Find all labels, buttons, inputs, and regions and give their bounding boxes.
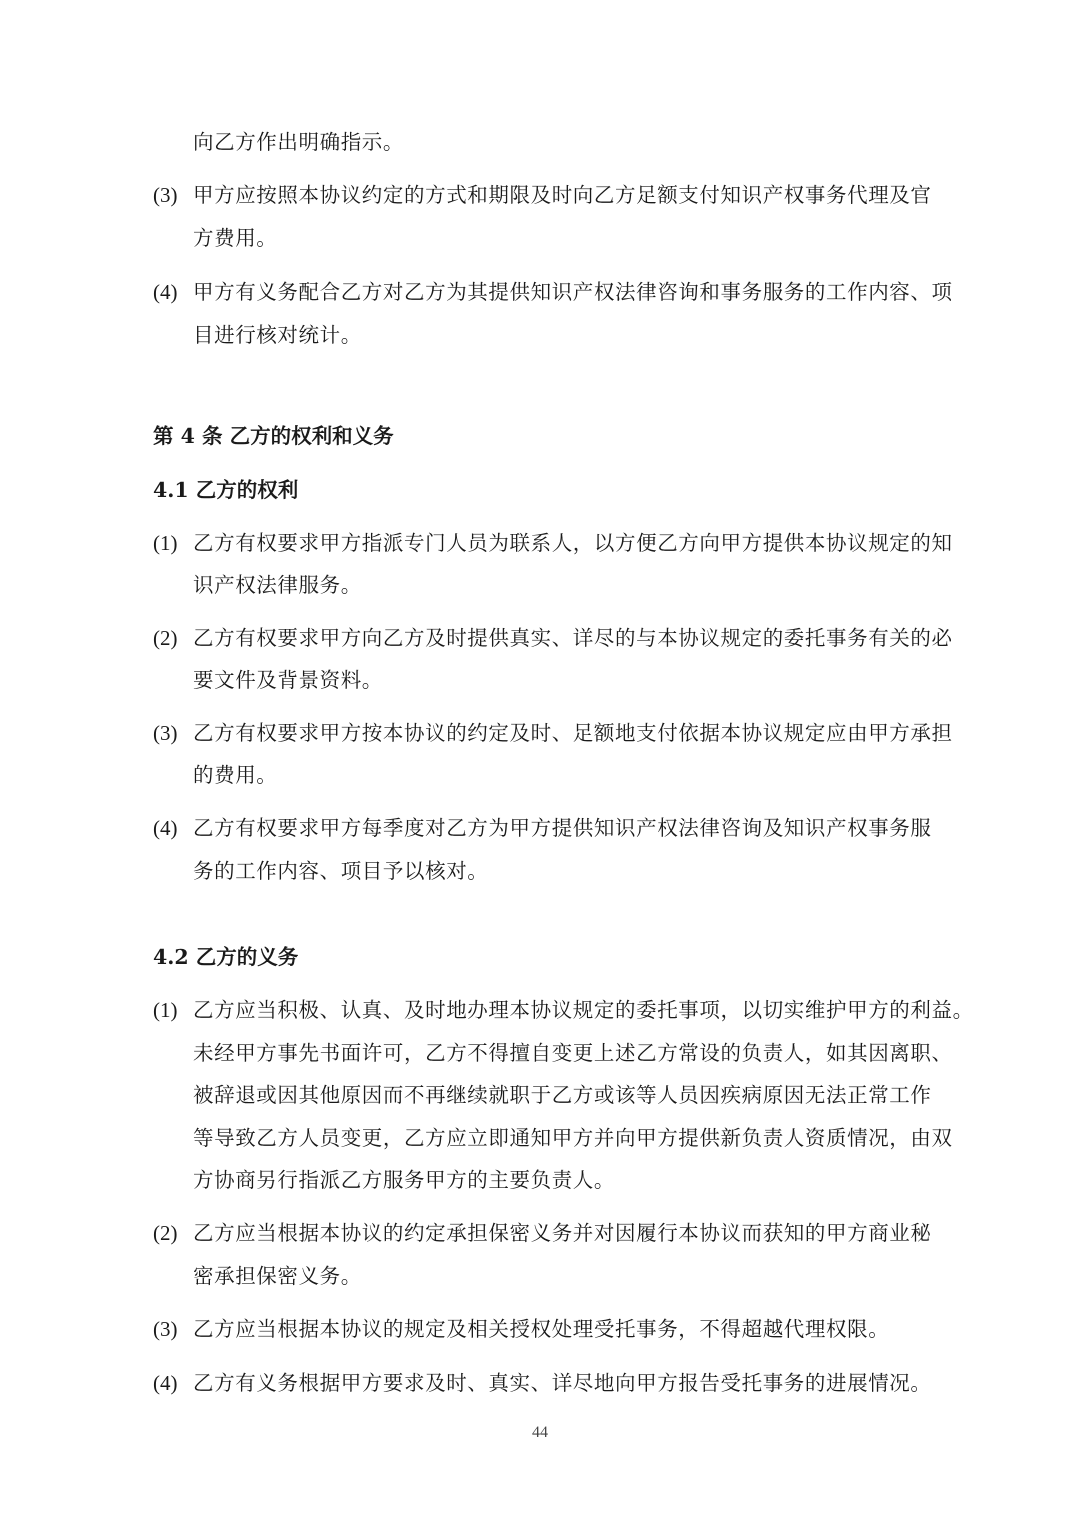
list-item-line: 甲方应按照本协议约定的方式和期限及时向乙方足额支付知识产权事务代理及官 [193, 183, 932, 207]
section-heading-rights: 4.1 乙方的权利 [153, 478, 298, 502]
list-number: (2) [153, 626, 178, 650]
list-item-line: 的费用。 [193, 763, 277, 787]
list-item-line: 乙方有权要求甲方向乙方及时提供真实、详尽的与本协议规定的委托事务有关的必 [193, 626, 953, 650]
list-item-line: 未经甲方事先书面许可，乙方不得擅自变更上述乙方常设的负责人，如其因离职、 [193, 1041, 953, 1065]
list-item-line: 乙方应当积极、认真、及时地办理本协议规定的委托事项，以切实维护甲方的利益。 [193, 998, 974, 1022]
list-item-line: 乙方有权要求甲方按本协议的约定及时、足额地支付依据本协议规定应由甲方承担 [193, 721, 953, 745]
list-number: (3) [153, 1317, 178, 1341]
list-item-line: 乙方有义务根据甲方要求及时、真实、详尽地向甲方报告受托事务的进展情况。 [193, 1371, 932, 1395]
list-item-line: 被辞退或因其他原因而不再继续就职于乙方或该等人员因疾病原因无法正常工作 [193, 1083, 932, 1107]
list-number: (1) [153, 998, 178, 1022]
list-item-line: 乙方应当根据本协议的规定及相关授权处理受托事务，不得超越代理权限。 [193, 1317, 889, 1341]
list-number: (4) [153, 1371, 178, 1395]
list-item-line: 乙方应当根据本协议的约定承担保密义务并对因履行本协议而获知的甲方商业秘 [193, 1221, 932, 1245]
list-item-line: 目进行核对统计。 [193, 323, 362, 347]
list-number: (3) [153, 721, 178, 745]
list-item-line: 等导致乙方人员变更，乙方应立即通知甲方并向甲方提供新负责人资质情况，由双 [193, 1126, 953, 1150]
list-number: (2) [153, 1221, 178, 1245]
section-heading-duties: 4.2 乙方的义务 [153, 945, 298, 969]
list-item-line: 乙方有权要求甲方指派专门人员为联系人，以方便乙方向甲方提供本协议规定的知 [193, 531, 953, 555]
list-item-line: 甲方有义务配合乙方对乙方为其提供知识产权法律咨询和事务服务的工作内容、项 [193, 280, 953, 304]
list-item-line: 识产权法律服务。 [193, 573, 362, 597]
list-number: (4) [153, 816, 178, 840]
list-item-line: 要文件及背景资料。 [193, 668, 383, 692]
list-item-line: 方协商另行指派乙方服务甲方的主要负责人。 [193, 1168, 615, 1192]
page-number: 44 [0, 1424, 1080, 1442]
list-number: (1) [153, 531, 178, 555]
continuation-line: 向乙方作出明确指示。 [193, 130, 404, 154]
list-item-line: 务的工作内容、项目予以核对。 [193, 859, 488, 883]
list-item-line: 密承担保密义务。 [193, 1264, 362, 1288]
list-item-line: 方费用。 [193, 226, 277, 250]
list-number: (4) [153, 280, 178, 304]
list-number: (3) [153, 183, 178, 207]
article-heading: 第 4 条 乙方的权利和义务 [153, 424, 394, 448]
list-item-line: 乙方有权要求甲方每季度对乙方为甲方提供知识产权法律咨询及知识产权事务服 [193, 816, 932, 840]
